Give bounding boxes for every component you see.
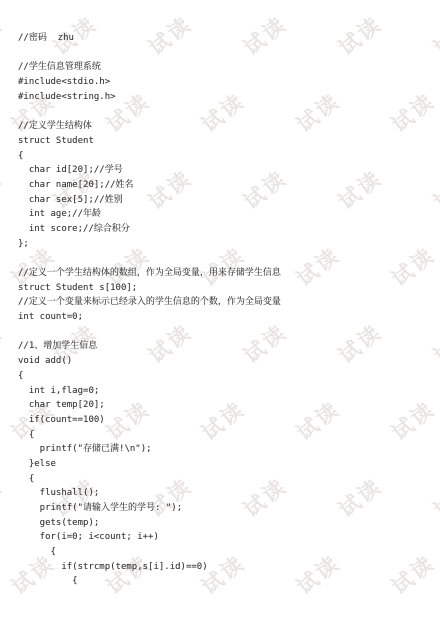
code-line-2: //学生信息管理系统 <box>18 60 281 75</box>
watermark-text: 试读 <box>0 162 8 215</box>
code-line-28: printf("存储已满!\n"); <box>18 442 281 457</box>
code-line-33: gets(temp); <box>18 516 281 531</box>
watermark-text: 试读 <box>427 162 440 215</box>
watermark-text: 试读 <box>332 316 388 369</box>
watermark-text: 试读 <box>332 162 388 215</box>
watermark-text: 试读 <box>0 316 8 369</box>
code-line-11: char sex[5];//姓别 <box>18 193 281 208</box>
watermark-text: 试读 <box>290 239 346 292</box>
code-line-35: { <box>18 545 281 560</box>
watermark-text: 试读 <box>385 393 440 446</box>
code-listing: //密码 zhu //学生信息管理系统#include<stdio.h>#inc… <box>18 31 281 589</box>
watermark-text: 试读 <box>427 8 440 61</box>
watermark-text: 试读 <box>290 85 346 138</box>
code-line-27: { <box>18 428 281 443</box>
code-line-5 <box>18 104 281 119</box>
watermark-text: 试读 <box>332 8 388 61</box>
watermark-text: 试读 <box>332 470 388 523</box>
code-line-9: char id[20];//学号 <box>18 163 281 178</box>
watermark-text: 试读 <box>385 547 440 600</box>
code-line-23: { <box>18 369 281 384</box>
code-line-34: for(i=0; i<count; i++) <box>18 530 281 545</box>
watermark-text: 试读 <box>0 470 8 523</box>
document-page: 试读试读试读试读试读试读试读试读试读试读试读试读试读试读试读试读试读试读试读试读… <box>0 0 440 620</box>
code-line-17: struct Student s[100]; <box>18 281 281 296</box>
code-line-4: #include<string.h> <box>18 90 281 105</box>
code-line-10: char name[20];//姓名 <box>18 178 281 193</box>
code-line-16: //定义一个学生结构体的数组，作为全局变量，用来存储学生信息 <box>18 266 281 281</box>
watermark-text: 试读 <box>290 547 346 600</box>
code-line-31: flushall(); <box>18 486 281 501</box>
code-line-26: if(count==100) <box>18 413 281 428</box>
code-line-7: struct Student <box>18 134 281 149</box>
code-line-21: //1、增加学生信息 <box>18 339 281 354</box>
code-line-22: void add() <box>18 354 281 369</box>
code-line-24: int i,flag=0; <box>18 384 281 399</box>
code-line-30: { <box>18 472 281 487</box>
watermark-text: 试读 <box>290 393 346 446</box>
code-line-36: if(strcmp(temp,s[i].id)==0) <box>18 560 281 575</box>
code-line-6: //定义学生结构体 <box>18 119 281 134</box>
code-line-12: int age;//年龄 <box>18 207 281 222</box>
code-line-25: char temp[20]; <box>18 398 281 413</box>
code-line-32: printf("请输入学生的学号: "); <box>18 501 281 516</box>
code-line-37: { <box>18 574 281 589</box>
watermark-text: 试读 <box>427 316 440 369</box>
code-line-20 <box>18 325 281 340</box>
code-line-29: }else <box>18 457 281 472</box>
watermark-text: 试读 <box>0 8 8 61</box>
code-line-15 <box>18 251 281 266</box>
code-line-19: int count=0; <box>18 310 281 325</box>
code-line-0: //密码 zhu <box>18 31 281 46</box>
code-line-1 <box>18 46 281 61</box>
watermark-text: 试读 <box>427 470 440 523</box>
watermark-text: 试读 <box>385 85 440 138</box>
code-line-18: //定义一个变量来标示已经录入的学生信息的个数，作为全局变量 <box>18 295 281 310</box>
watermark-text: 试读 <box>385 239 440 292</box>
code-line-13: int score;//综合积分 <box>18 222 281 237</box>
code-line-3: #include<stdio.h> <box>18 75 281 90</box>
code-line-14: }; <box>18 237 281 252</box>
code-line-8: { <box>18 149 281 164</box>
